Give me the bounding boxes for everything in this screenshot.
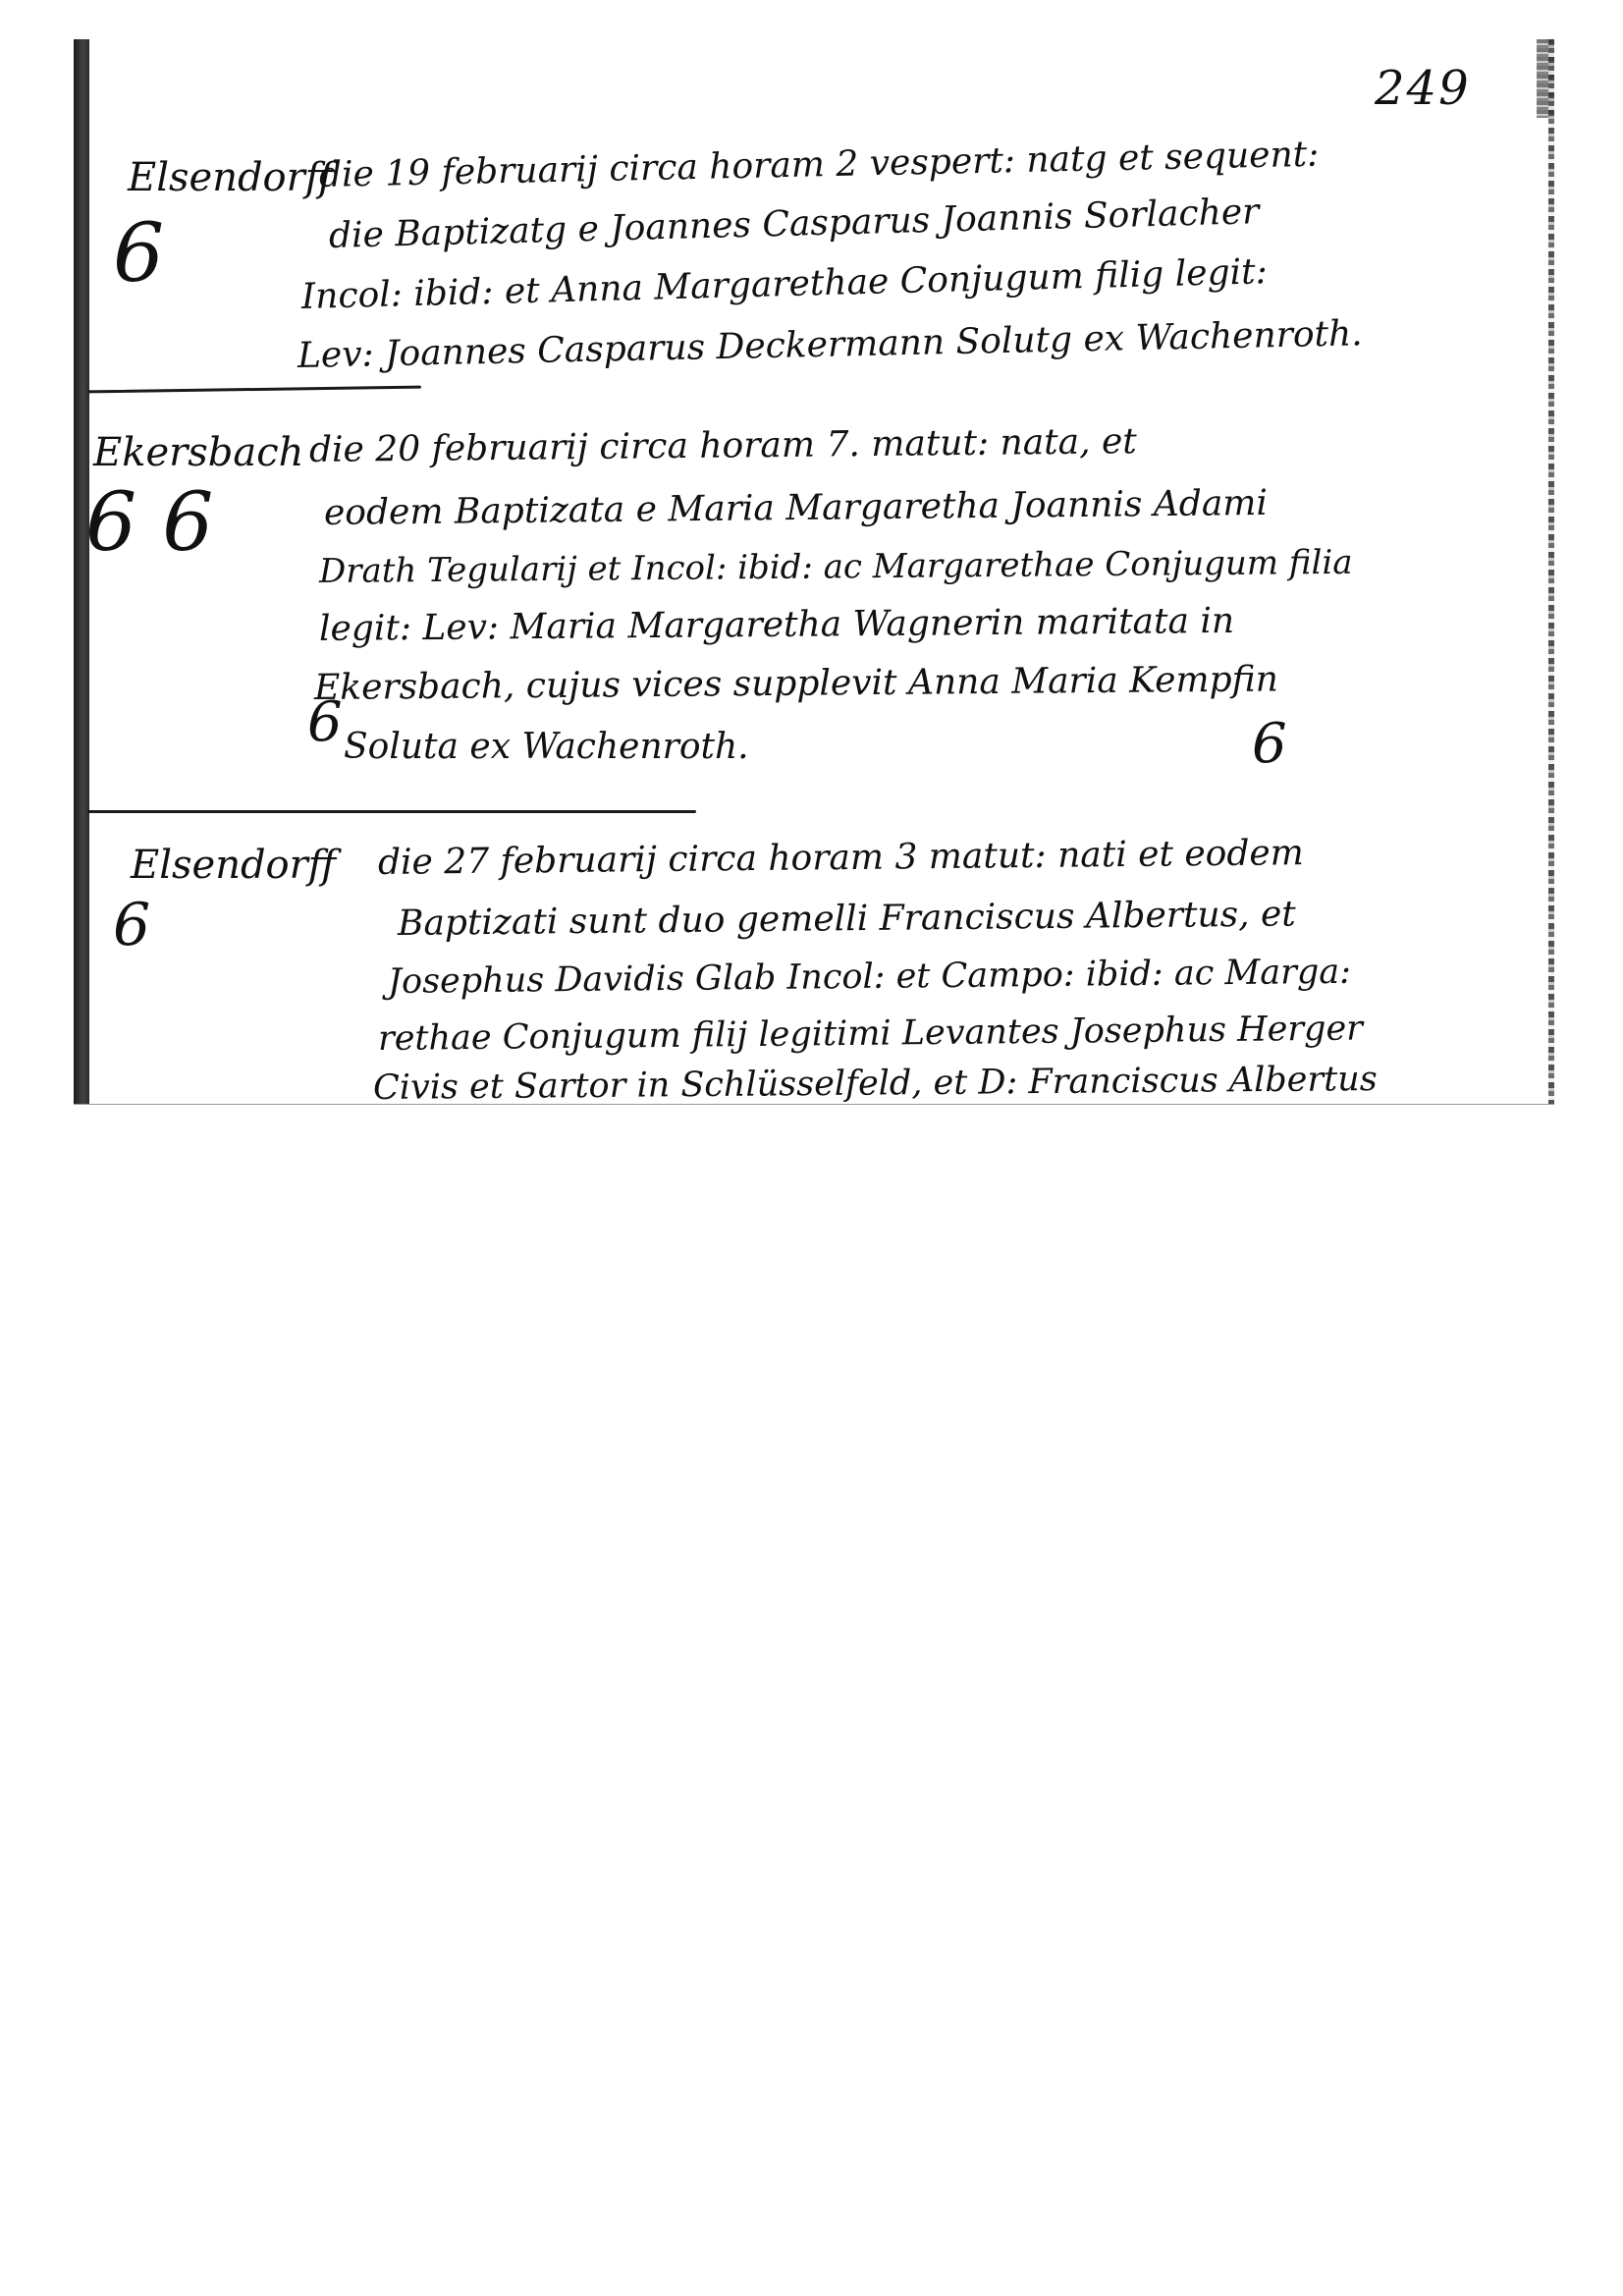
page-left-edge-shadow: [74, 39, 89, 1105]
entry-place: Ekersbach: [93, 430, 303, 475]
entry-place: Elsendorff: [131, 843, 336, 888]
entry-place: Elsendorff: [128, 155, 333, 200]
entry-line: eodem Baptizata e Maria Margaretha Joann…: [324, 483, 1268, 533]
entry-line: Baptizati sunt duo gemelli Franciscus Al…: [398, 894, 1296, 944]
entry-line: legit: Lev: Maria Margaretha Wagnerin ma…: [319, 601, 1234, 649]
entry-line: die 27 februarij circa horam 3 matut: na…: [378, 833, 1304, 883]
entry-line: Lev: Joannes Casparus Deckermann Solutg …: [298, 313, 1363, 376]
entry-line: Josephus Davidis Glab Incol: et Campo: i…: [388, 953, 1351, 1002]
margin-mark: 6: [113, 214, 164, 295]
entry-line: die Baptizatg e Joannes Casparus Joannis…: [328, 191, 1259, 256]
margin-mark: 6 6: [85, 483, 213, 564]
entry-divider: [87, 810, 696, 813]
entry-line: die 20 februarij circa horam 7. matut: n…: [309, 421, 1137, 470]
blank-lower-page: [0, 1105, 1623, 2296]
scanned-register-page: 249 Elsendorff 6 die 19 februarij circa …: [74, 39, 1554, 1105]
entry-line: die 19 februarij circa horam 2 vespert: …: [319, 135, 1320, 195]
entry-line: Civis et Sartor in Schlüsselfeld, et D: …: [373, 1060, 1378, 1105]
page-number: 249: [1375, 61, 1471, 116]
page-right-edge-shadow: [1548, 39, 1554, 1105]
entry-line: Ekersbach, cujus vices supplevit Anna Ma…: [314, 659, 1278, 708]
entry-line: Drath Tegularij et Incol: ibid: ac Marga…: [319, 543, 1353, 591]
entry-line: Soluta ex Wachenroth.: [344, 727, 749, 767]
entry-line: rethae Conjugum filij legitimi Levantes …: [378, 1009, 1363, 1059]
margin-mark: 6: [113, 896, 150, 955]
inline-mark: 6: [1252, 717, 1287, 772]
inline-mark: 6: [307, 695, 343, 750]
entry-divider: [87, 386, 421, 394]
entry-line: Incol: ibid: et Anna Margarethae Conjugu…: [300, 251, 1268, 317]
